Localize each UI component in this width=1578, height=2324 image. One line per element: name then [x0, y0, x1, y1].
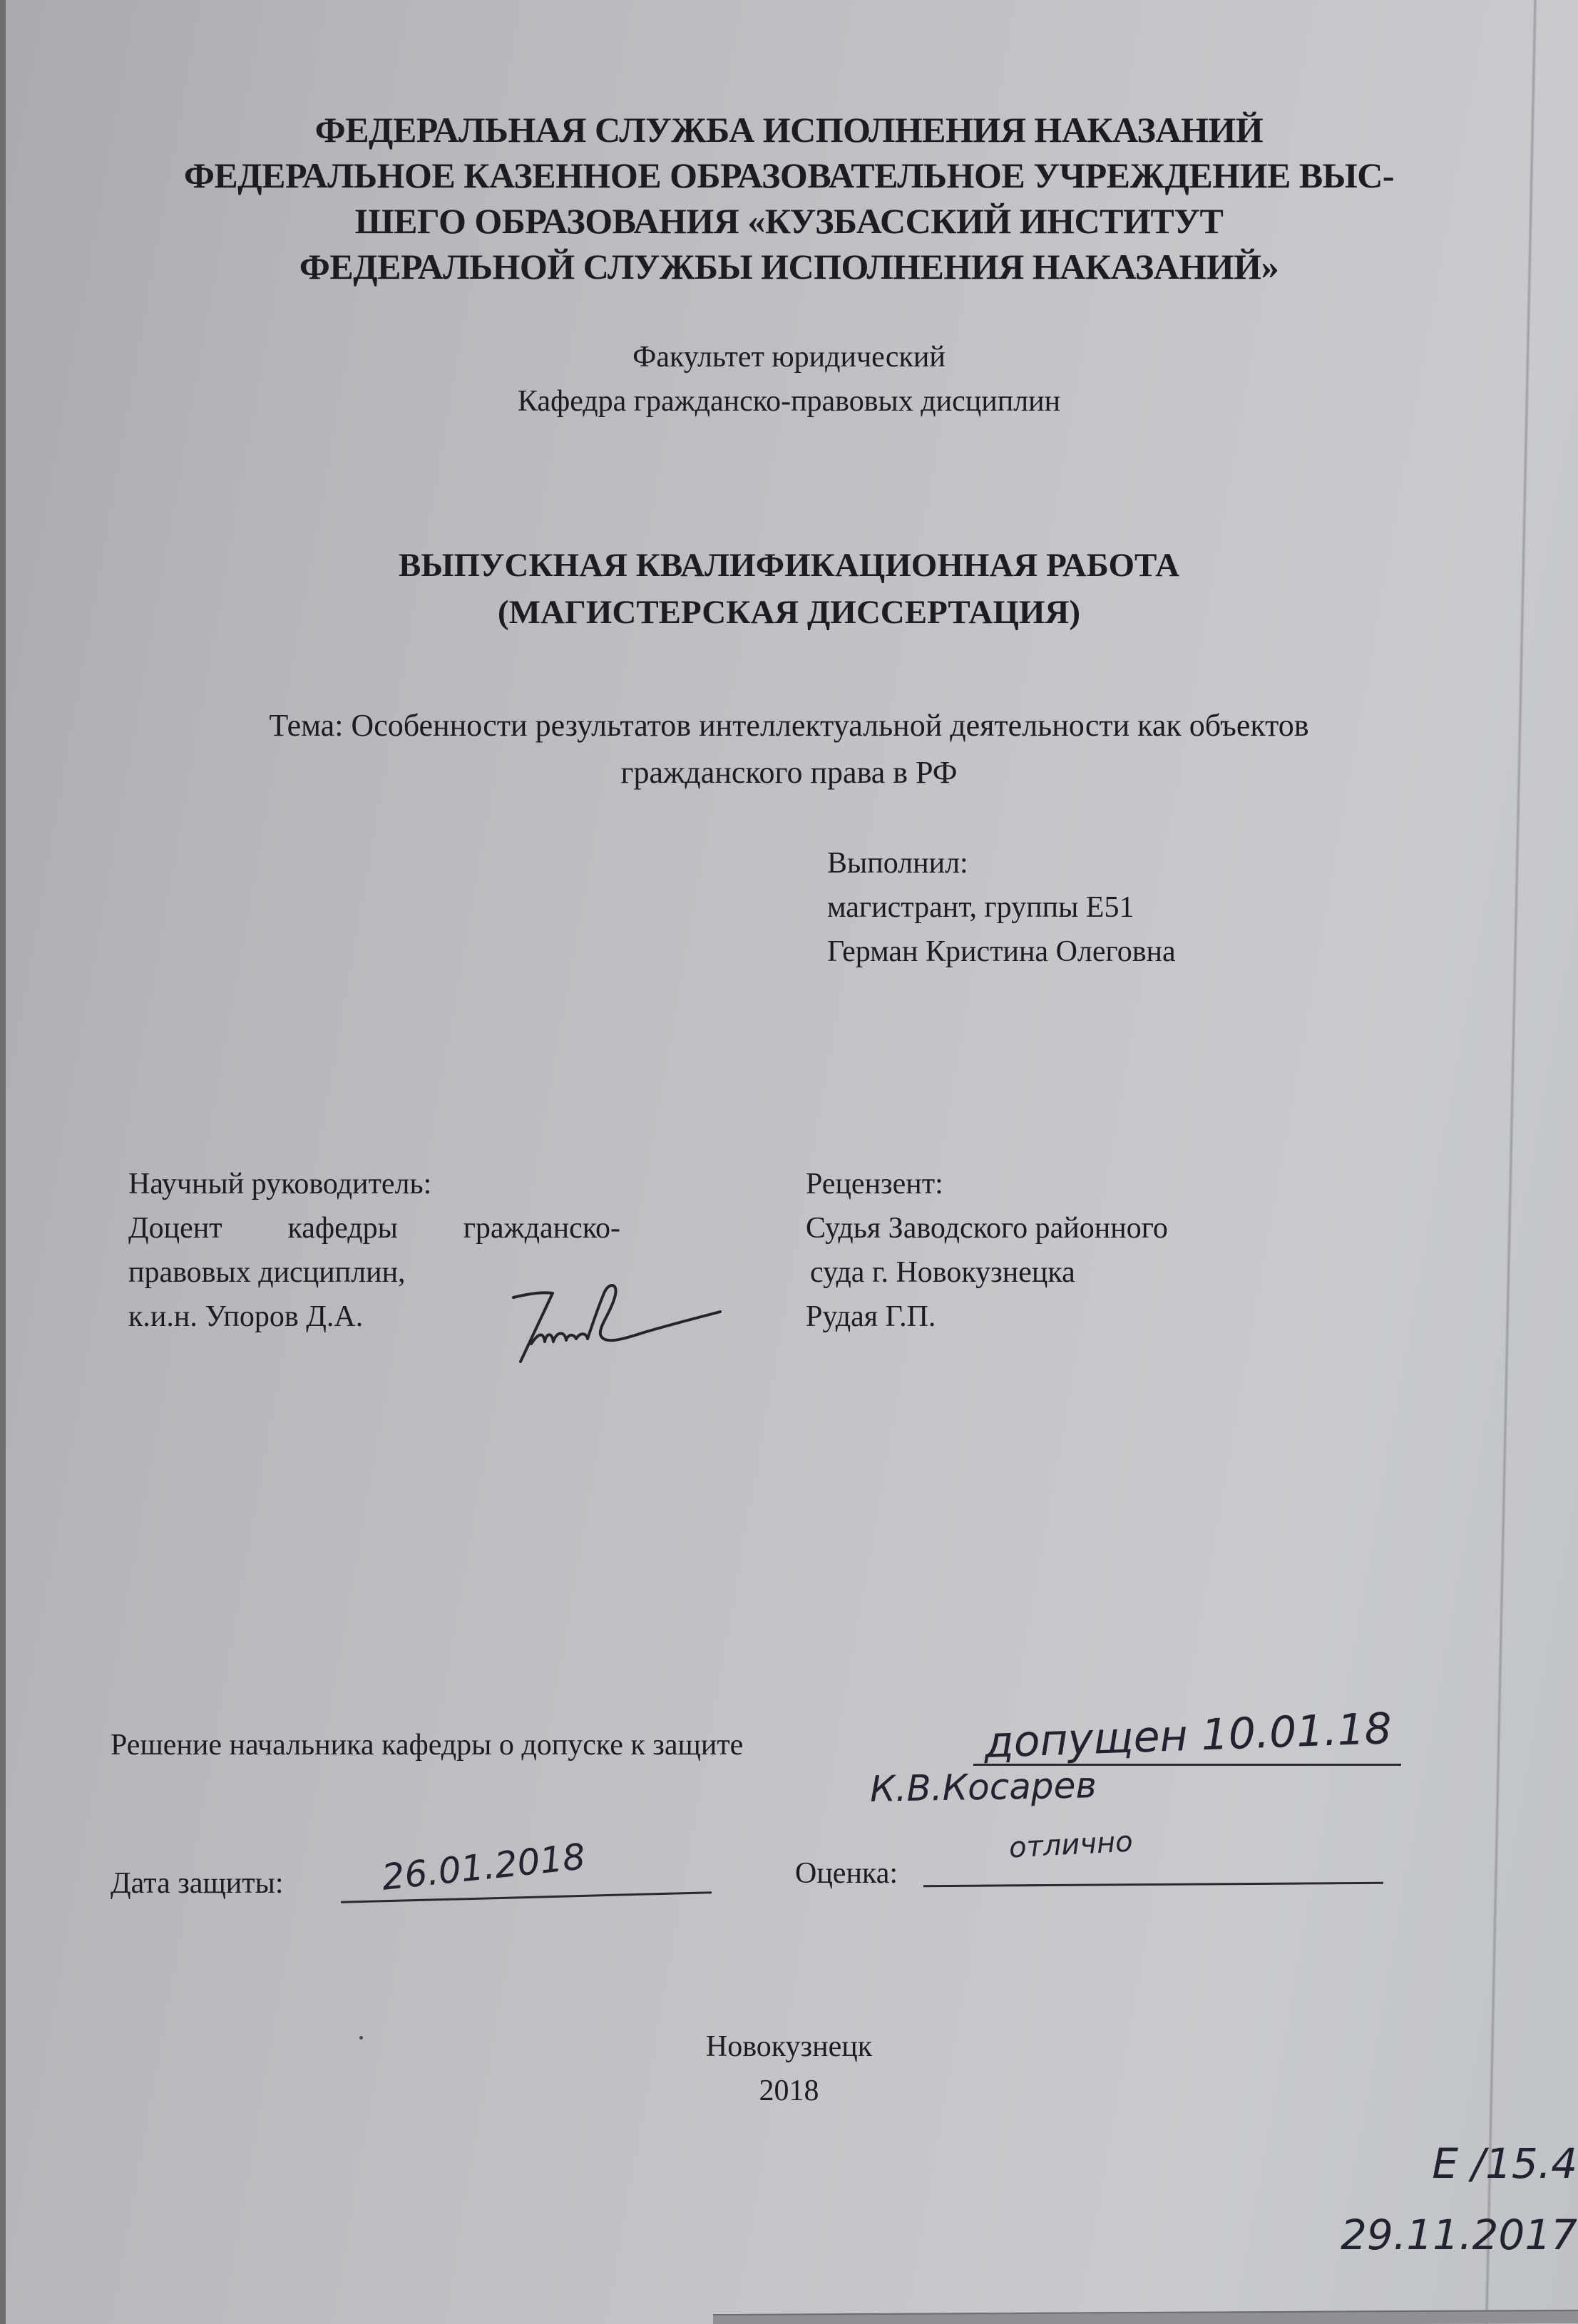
defense-date-handwritten: 26.01.2018: [380, 1836, 588, 1898]
registration-note: Е /15.4 29.11.2017: [1341, 2128, 1577, 2271]
supervisor-signature: [499, 1276, 727, 1383]
admission-decision-handwritten: допущен 10.01.18: [983, 1704, 1393, 1768]
page-bottom-edge: [713, 2310, 1578, 2324]
header-line: ФЕДЕРАЛЬНОЙ СЛУЖБЫ ИСПОЛНЕНИЯ НАКАЗАНИЙ»: [0, 244, 1578, 289]
admission-decision-label: Решение начальника кафедры о допуске к з…: [111, 1724, 743, 1767]
work-type-title: ВЫПУСКНАЯ КВАЛИФИКАЦИОННАЯ РАБОТА (МАГИС…: [0, 542, 1578, 636]
supervisor-position-line1: Доцент кафедры гражданско-: [128, 1206, 620, 1250]
supervisor-position-word: Доцент: [128, 1206, 222, 1250]
performed-by-label: Выполнил:: [827, 841, 1176, 885]
document-page: ФЕДЕРАЛЬНАЯ СЛУЖБА ИСПОЛНЕНИЯ НАКАЗАНИЙ …: [0, 0, 1578, 2324]
faculty: Факультет юридический: [0, 335, 1578, 379]
registration-note-line1: Е /15.4: [1341, 2128, 1577, 2199]
header-line: ШЕГО ОБРАЗОВАНИЯ «КУЗБАССКИЙ ИНСТИТУТ: [0, 198, 1578, 244]
student-role: магистрант, группы Е51: [827, 885, 1176, 930]
admission-decision-signature: К.В.Косарев: [870, 1764, 1097, 1810]
stray-dot: [359, 2036, 363, 2040]
year: 2018: [0, 2069, 1578, 2113]
city: Новокузнецк: [0, 2025, 1578, 2069]
supervisor-position-word: гражданско-: [463, 1206, 620, 1250]
thesis-topic: Тема: Особенности результатов интеллекту…: [0, 702, 1578, 796]
supervisor-position-word: кафедры: [288, 1206, 398, 1250]
grade-handwritten: отлично: [1008, 1825, 1134, 1864]
student-name: Герман Кристина Олеговна: [827, 930, 1176, 974]
department: Кафедра гражданско-правовых дисциплин: [0, 379, 1578, 423]
header-line: ФЕДЕРАЛЬНОЕ КАЗЕННОЕ ОБРАЗОВАТЕЛЬНОЕ УЧР…: [0, 153, 1578, 198]
work-type-line: (МАГИСТЕРСКАЯ ДИССЕРТАЦИЯ): [0, 589, 1578, 636]
grade-label: Оценка:: [795, 1852, 898, 1895]
institution-header: ФЕДЕРАЛЬНАЯ СЛУЖБА ИСПОЛНЕНИЯ НАКАЗАНИЙ …: [0, 107, 1578, 289]
faculty-department: Факультет юридический Кафедра гражданско…: [0, 335, 1578, 423]
city-year: Новокузнецк 2018: [0, 2025, 1578, 2113]
defense-date-label: Дата защиты:: [111, 1862, 284, 1905]
topic-line: гражданского права в РФ: [0, 749, 1578, 796]
performed-by-block: Выполнил: магистрант, группы Е51 Герман …: [827, 841, 1176, 974]
reviewer-block: Рецензент: Судья Заводского районного су…: [806, 1162, 1168, 1339]
grade-underline: [923, 1882, 1383, 1888]
header-line: ФЕДЕРАЛЬНАЯ СЛУЖБА ИСПОЛНЕНИЯ НАКАЗАНИЙ: [0, 107, 1578, 153]
supervisor-label: Научный руководитель:: [128, 1162, 620, 1206]
reviewer-position-line2: суда г. Новокузнецка: [806, 1250, 1168, 1295]
reviewer-position-line1: Судья Заводского районного: [806, 1206, 1168, 1250]
topic-line: Тема: Особенности результатов интеллекту…: [0, 702, 1578, 749]
reviewer-label: Рецензент:: [806, 1162, 1168, 1206]
reviewer-name: Рудая Г.П.: [806, 1295, 1168, 1339]
work-type-line: ВЫПУСКНАЯ КВАЛИФИКАЦИОННАЯ РАБОТА: [0, 542, 1578, 589]
registration-note-line2: 29.11.2017: [1341, 2199, 1577, 2271]
